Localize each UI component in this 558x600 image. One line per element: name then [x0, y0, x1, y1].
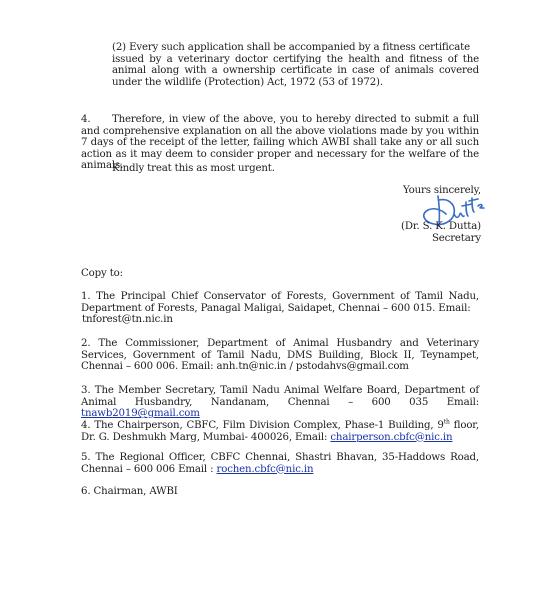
item-text: The Principal Chief Conservator of Fores… — [81, 291, 479, 314]
item-number: 5. — [81, 452, 90, 463]
urgent-note: Kindly treat this as most urgent. — [112, 163, 275, 175]
copy-to-item-2-text: 2. The Commissioner, Department of Anima… — [81, 338, 479, 373]
copy-to-item-4: 4. The Chairperson, CBFC, Film Division … — [81, 420, 479, 443]
letter-page: (2) Every such application shall be acco… — [0, 0, 558, 600]
item-text: The Member Secretary, Tamil Nadu Animal … — [81, 385, 479, 408]
item-number: 1. — [81, 291, 90, 302]
copy-to-item-5-text: 5. The Regional Officer, CBFC Chennai, S… — [81, 452, 479, 475]
copy-to-item-5: 5. The Regional Officer, CBFC Chennai, S… — [81, 452, 479, 475]
signatory-designation: Secretary — [432, 233, 481, 245]
item-number: 4. — [81, 420, 90, 431]
copy-to-item-3: 3. The Member Secretary, Tamil Nadu Anim… — [81, 385, 479, 420]
email-link-rochen-cbfc[interactable]: rochen.cbfc@nic.in — [216, 464, 313, 475]
clause-2: (2) Every such application shall be acco… — [112, 42, 479, 88]
copy-to-item-1: 1. The Principal Chief Conservator of Fo… — [81, 291, 479, 326]
clause-2-line-4: under the wildlife (Protection) Act, 197… — [112, 77, 479, 89]
clause-2-line-1: (2) Every such application shall be acco… — [112, 42, 479, 54]
clause-2-line-3: animal along with a ownership certificat… — [112, 65, 479, 77]
copy-to-heading: Copy to: — [81, 268, 123, 280]
email-link-chairperson-cbfc[interactable]: chairperson.cbfc@nic.in — [330, 432, 452, 443]
email-link-tnawb[interactable]: tnawb2019@gmail.com — [81, 408, 200, 419]
paragraph-4-number: 4. — [81, 114, 112, 126]
copy-to-item-6-text: 6. Chairman, AWBI — [81, 486, 479, 498]
copy-to-item-2: 2. The Commissioner, Department of Anima… — [81, 338, 479, 373]
copy-to-item-3-text: 3. The Member Secretary, Tamil Nadu Anim… — [81, 385, 479, 420]
item-text: Chairman, AWBI — [94, 486, 178, 497]
item-number: 6. — [81, 486, 90, 497]
copy-to-item-1-text: 1. The Principal Chief Conservator of Fo… — [81, 291, 479, 326]
item-number: 3. — [81, 385, 90, 396]
copy-to-item-6: 6. Chairman, AWBI — [81, 486, 479, 498]
signatory-name: (Dr. S. K. Dutta) — [401, 221, 481, 233]
item-email: anh.tn@nic.in / pstodahvs@gmail.com — [216, 361, 408, 372]
clause-2-line-2: issued by a veterinary doctor certifying… — [112, 54, 479, 66]
item-number: 2. — [81, 338, 90, 349]
item-email: tnforest@tn.nic.in — [81, 314, 173, 325]
copy-to-item-4-text: 4. The Chairperson, CBFC, Film Division … — [81, 420, 479, 443]
item-text: The Chairperson, CBFC, Film Division Com… — [94, 420, 443, 431]
